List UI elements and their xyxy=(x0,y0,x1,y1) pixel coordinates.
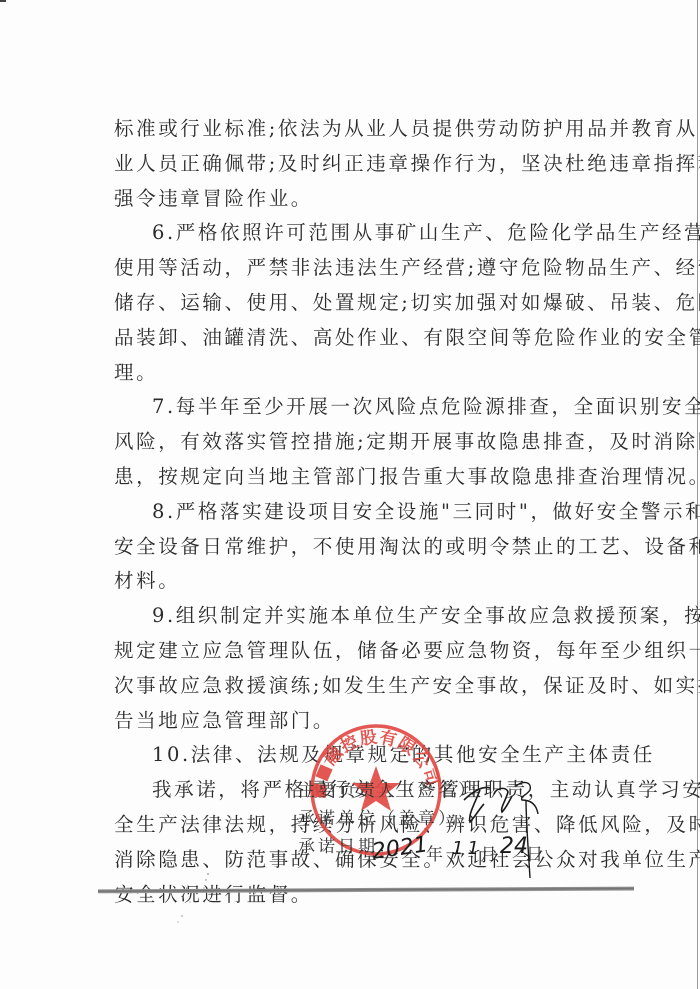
text-line: 储存、运输、使用、处置规定;切实加强对如爆破、吊装、危险 xyxy=(114,286,594,321)
clause-9: 9.组织制定并实施本单位生产安全事故应急救援预案，按 xyxy=(114,599,594,634)
text-line: 材料。 xyxy=(114,564,594,599)
text-line: 使用等活动，严禁非法违法生产经营;遵守危险物品生产、经营、 xyxy=(114,251,594,286)
text-line: 次事故应急救援演练;如发生生产安全事故，保证及时、如实报 xyxy=(114,669,594,704)
text-line: 安全设备日常维护，不使用淘汰的或明令禁止的工艺、设备和 xyxy=(114,530,594,565)
scan-corner-mark xyxy=(0,0,6,2)
text-line: 理。 xyxy=(114,356,594,391)
text-line: 风险，有效落实管控措施;定期开展事故隐患排查，及时消除隐 xyxy=(114,425,594,460)
clause-7: 7.每半年至少开展一次风险点危险源排查，全面识别安全 xyxy=(114,390,594,425)
date-year: 2021 xyxy=(371,832,430,865)
text-line: 患，按规定向当地主管部门报告重大事故隐患排查治理情况。 xyxy=(114,460,594,495)
handwritten-signature-icon xyxy=(460,760,550,880)
text-line: 强令违章冒险作业。 xyxy=(114,182,594,217)
clause-6: 6.严格依照许可范围从事矿山生产、危险化学品生产经营 xyxy=(114,216,594,251)
clause-8: 8.严格落实建设项目安全设施"三同时"，做好安全警示和 xyxy=(114,495,594,530)
text-line: 业人员正确佩带;及时纠正违章操作行为，坚决杜绝违章指挥和 xyxy=(114,147,594,182)
date-year-suffix: 年 xyxy=(426,840,443,865)
text-line: 品装卸、油罐清洗、高处作业、有限空间等危险作业的安全管 xyxy=(114,321,594,356)
text-line: 标准或行业标准;依法为从业人员提供劳动防护用品并教育从 xyxy=(114,112,594,147)
scan-noise-icon xyxy=(168,870,218,930)
document-page: 标准或行业标准;依法为从业人员提供劳动防护用品并教育从 业人员正确佩带;及时纠正… xyxy=(0,0,700,989)
text-line: 规定建立应急管理队伍，储备必要应急物资，每年至少组织一 xyxy=(114,634,594,669)
scan-page-edge xyxy=(697,0,698,989)
